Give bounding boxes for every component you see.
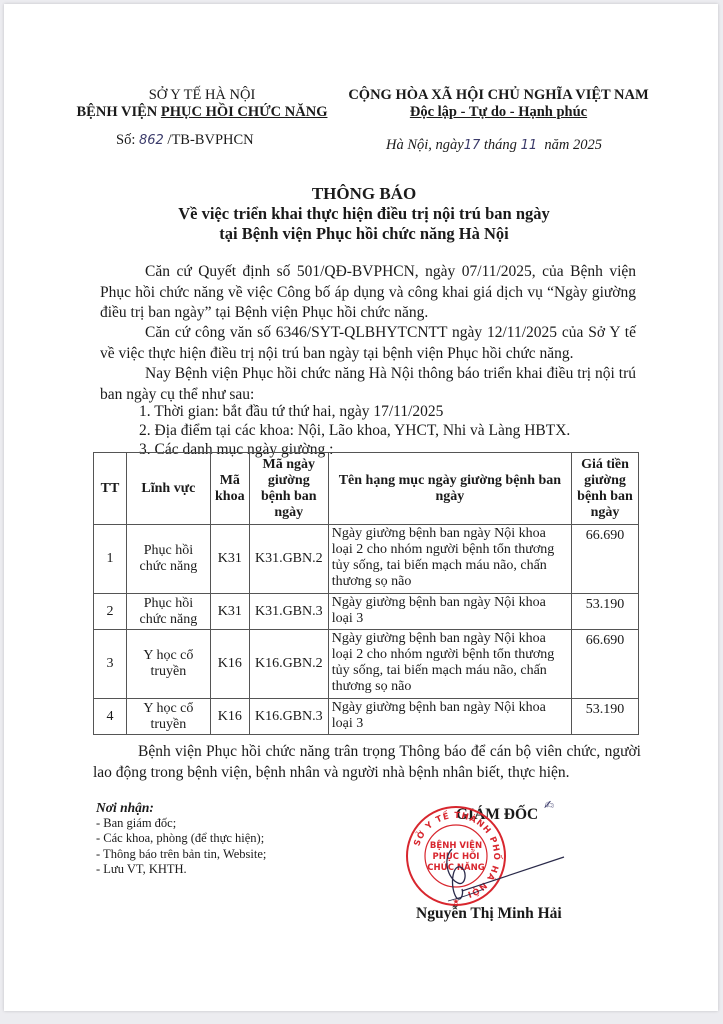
- paragraph-basis-1: Căn cứ Quyết định số 501/QĐ-BVPHCN, ngày…: [100, 262, 636, 324]
- doc-number-label: Số:: [116, 132, 135, 148]
- paragraph-announcement: Nay Bệnh viện Phục hồi chức năng Hà Nội …: [100, 364, 636, 405]
- issuer-name-underlined: PHỤC HỒI CHỨC NĂNG: [161, 104, 328, 120]
- cell-dept-code: K16: [210, 630, 249, 699]
- title-sub1: Về việc triển khai thực hiện điều trị nộ…: [104, 204, 624, 224]
- issuer-name: BỆNH VIỆN PHỤC HỒI CHỨC NĂNG: [72, 104, 332, 121]
- list-item-time: 1. Thời gian: bắt đầu tứ thứ hai, ngày 1…: [139, 402, 570, 421]
- date-month: 11: [521, 138, 538, 153]
- cell-bed-code: K16.GBN.2: [249, 630, 328, 699]
- cell-tt: 1: [94, 525, 127, 594]
- recipient-item: - Thông báo trên bản tin, Website;: [96, 847, 266, 863]
- cell-tt: 2: [94, 594, 127, 630]
- recipient-item: - Ban giám đốc;: [96, 816, 266, 832]
- issuer-name-prefix: BỆNH VIỆN: [77, 104, 161, 120]
- table-row: 2 Phục hồi chức năng K31 K31.GBN.3 Ngày …: [94, 594, 639, 630]
- issuer-parent: SỞ Y TẾ HÀ NỘI: [72, 87, 332, 104]
- col-bed-code: Mã ngày giường bệnh ban ngày: [249, 453, 328, 525]
- date-line: Hà Nội, ngày17 tháng 11 năm 2025: [386, 137, 602, 154]
- doc-number-handwritten: 862: [139, 133, 164, 148]
- cell-dept-code: K16: [210, 699, 249, 735]
- cell-dept-code: K31: [210, 594, 249, 630]
- document-page: SỞ Y TẾ HÀ NỘI BỆNH VIỆN PHỤC HỒI CHỨC N…: [4, 4, 718, 1011]
- date-day: 17: [464, 138, 481, 153]
- cell-item-name: Ngày giường bệnh ban ngày Nội khoa loại …: [328, 525, 571, 594]
- doc-number-suffix: /TB-BVPHCN: [167, 132, 253, 148]
- cell-dept-code: K31: [210, 525, 249, 594]
- closing-paragraph: Bệnh viện Phục hồi chức năng trân trọng …: [93, 742, 641, 783]
- national-motto-block: CỘNG HÒA XÃ HỘI CHỦ NGHĨA VIỆT NAM Độc l…: [336, 87, 661, 121]
- recipients-heading: Nơi nhận:: [96, 800, 266, 816]
- cell-bed-code: K31.GBN.2: [249, 525, 328, 594]
- table-header-row: TT Lĩnh vực Mã khoa Mã ngày giường bệnh …: [94, 453, 639, 525]
- cell-field: Phục hồi chức năng: [126, 594, 210, 630]
- table-row: 1 Phục hồi chức năng K31 K31.GBN.2 Ngày …: [94, 525, 639, 594]
- document-title: THÔNG BÁO Về việc triển khai thực hiện đ…: [104, 184, 624, 244]
- country-name: CỘNG HÒA XÃ HỘI CHỦ NGHĨA VIỆT NAM: [336, 87, 661, 104]
- list-item-location: 2. Địa điểm tại các khoa: Nội, Lão khoa,…: [139, 421, 570, 440]
- col-price: Giá tiền giường bệnh ban ngày: [572, 453, 639, 525]
- col-tt: TT: [94, 453, 127, 525]
- cell-field: Y học cổ truyền: [126, 630, 210, 699]
- cell-tt: 4: [94, 699, 127, 735]
- initials-mark: ✍: [544, 798, 554, 812]
- cell-tt: 3: [94, 630, 127, 699]
- document-number: Số: 862 /TB-BVPHCN: [116, 132, 254, 149]
- cell-bed-code: K31.GBN.3: [249, 594, 328, 630]
- details-list: 1. Thời gian: bắt đầu tứ thứ hai, ngày 1…: [139, 402, 570, 459]
- paragraph-basis-2: Căn cứ công văn số 6346/SYT-QLBHYTCNTT n…: [100, 323, 636, 364]
- cell-field: Phục hồi chức năng: [126, 525, 210, 594]
- cell-price: 53.190: [572, 594, 639, 630]
- table-row: 3 Y học cổ truyền K16 K16.GBN.2 Ngày giư…: [94, 630, 639, 699]
- date-prefix: Hà Nội, ngày: [386, 137, 464, 153]
- date-year: năm 2025: [544, 137, 602, 153]
- recipient-item: - Lưu VT, KHTH.: [96, 862, 266, 878]
- col-item-name: Tên hạng mục ngày giường bệnh ban ngày: [328, 453, 571, 525]
- cell-item-name: Ngày giường bệnh ban ngày Nội khoa loại …: [328, 630, 571, 699]
- recipients-block: Nơi nhận: - Ban giám đốc; - Các khoa, ph…: [96, 800, 266, 878]
- cell-price: 53.190: [572, 699, 639, 735]
- motto: Độc lập - Tự do - Hạnh phúc: [336, 104, 661, 121]
- col-field: Lĩnh vực: [126, 453, 210, 525]
- cell-item-name: Ngày giường bệnh ban ngày Nội khoa loại …: [328, 699, 571, 735]
- cell-field: Y học cổ truyền: [126, 699, 210, 735]
- title-sub2: tại Bệnh viện Phục hồi chức năng Hà Nội: [104, 224, 624, 244]
- bed-day-table: TT Lĩnh vực Mã khoa Mã ngày giường bệnh …: [93, 452, 639, 735]
- title-main: THÔNG BÁO: [104, 184, 624, 204]
- issuer-block: SỞ Y TẾ HÀ NỘI BỆNH VIỆN PHỤC HỒI CHỨC N…: [72, 87, 332, 121]
- cell-item-name: Ngày giường bệnh ban ngày Nội khoa loại …: [328, 594, 571, 630]
- cell-bed-code: K16.GBN.3: [249, 699, 328, 735]
- cell-price: 66.690: [572, 630, 639, 699]
- signer-name: Nguyễn Thị Minh Hải: [416, 905, 562, 923]
- table-row: 4 Y học cổ truyền K16 K16.GBN.3 Ngày giư…: [94, 699, 639, 735]
- col-dept-code: Mã khoa: [210, 453, 249, 525]
- date-month-label: tháng: [484, 137, 517, 153]
- recipient-item: - Các khoa, phòng (để thực hiện);: [96, 831, 266, 847]
- cell-price: 66.690: [572, 525, 639, 594]
